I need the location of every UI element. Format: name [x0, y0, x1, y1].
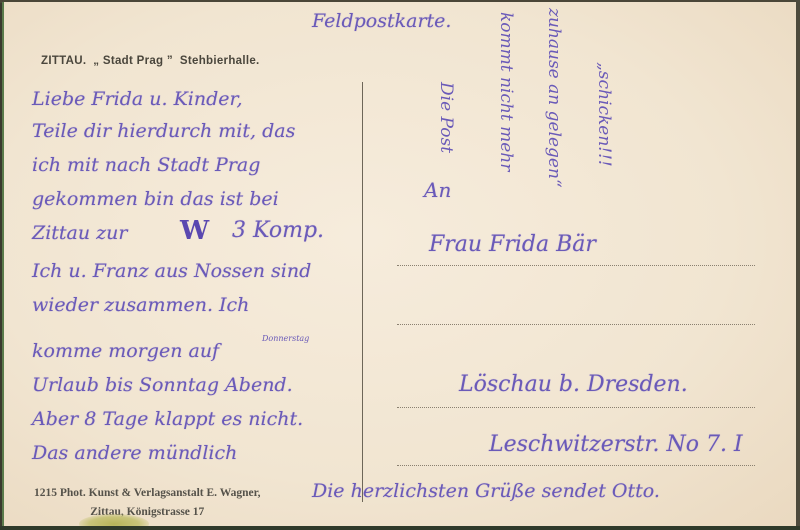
vertical-note-4: „schicken!!!	[594, 62, 614, 167]
vertical-note-2: kommt nicht mehr	[496, 12, 516, 171]
message-line-1: Liebe Frida u. Kinder,	[32, 88, 243, 110]
address-line-1: Frau Frida Bär	[429, 232, 596, 257]
address-line-3: Löschau b. Dresden.	[459, 372, 688, 397]
vertical-note-3: zuhause an gelegen“	[544, 8, 564, 188]
vertical-note-1: Die Post	[436, 82, 456, 153]
address-dotted-line-3	[397, 407, 755, 408]
address-line-4: Leschwitzerstr. No 7. I	[489, 432, 743, 457]
publisher-line: 1215 Phot. Kunst & Verlagsanstalt E. Wag…	[34, 484, 261, 503]
postcard: ZITTAU. „ Stadt Prag ” Stehbierhalle. Fe…	[2, 2, 798, 526]
message-line-3: ich mit nach Stadt Prag	[32, 154, 260, 176]
message-line-6: Ich u. Franz aus Nossen sind	[32, 260, 311, 282]
closing-line: Die herzlichsten Grüße sendet Otto.	[312, 480, 660, 502]
inserted-word: Donnerstag	[262, 334, 309, 343]
card-right-edge	[796, 0, 800, 530]
publisher-address: Zittau, Königstrasse 17	[34, 503, 261, 522]
center-divider	[362, 82, 363, 502]
message-line-4: gekommen bin das ist bei	[32, 188, 279, 210]
message-line-8: komme morgen auf	[32, 340, 219, 362]
company-label: 3 Komp.	[232, 218, 324, 243]
card-bottom-edge	[0, 526, 800, 530]
printed-header: ZITTAU. „ Stadt Prag ” Stehbierhalle.	[41, 55, 260, 67]
address-prefix: An	[424, 178, 451, 202]
address-dotted-line-2	[397, 324, 755, 325]
message-line-10: Aber 8 Tage klappt es nicht.	[32, 408, 303, 430]
regiment-mark: W	[180, 216, 209, 246]
message-line-5: Zittau zur	[32, 222, 127, 244]
message-line-11: Das andere mündlich	[32, 442, 237, 464]
message-line-7: wieder zusammen. Ich	[32, 294, 249, 316]
address-dotted-line-4	[397, 465, 755, 466]
address-dotted-line-1	[397, 265, 755, 266]
printed-footer: 1215 Phot. Kunst & Verlagsanstalt E. Wag…	[34, 484, 261, 522]
message-line-2: Teile dir hierdurch mit, das	[32, 120, 295, 142]
message-line-9: Urlaub bis Sonntag Abend.	[32, 374, 293, 396]
feldpostkarte-heading: Feldpostkarte.	[312, 10, 451, 32]
